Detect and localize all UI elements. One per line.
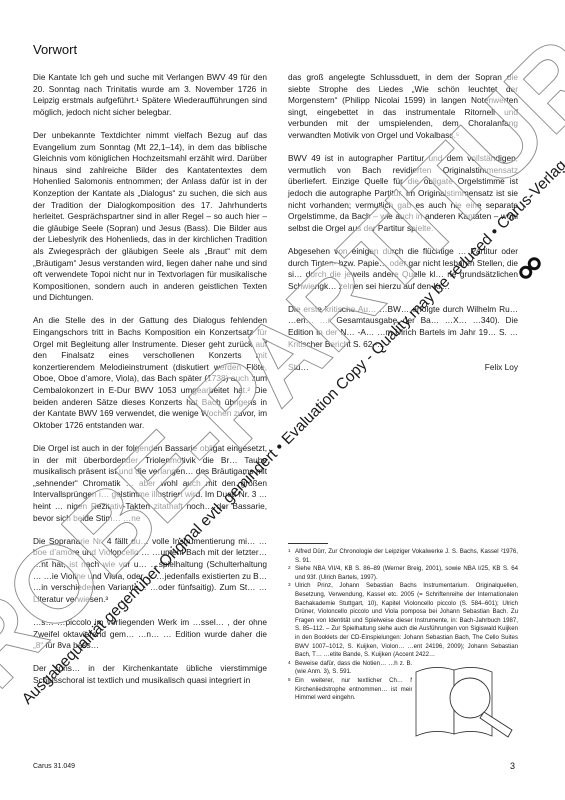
signature-line: Stu… Felix Loy (288, 362, 518, 374)
footnote-number: 1 (288, 548, 295, 565)
paragraph-final-duet: das groß angelegte Schlussduett, in dem … (288, 72, 518, 142)
signature-place: Stu… (288, 362, 309, 374)
paragraph-chorale: Der sons… in der Kirchenkantate übliche … (33, 663, 267, 686)
footnote-number: 2 (288, 565, 295, 582)
footnote-text: Alfred Dürr, Zur Chronologie der Leipzig… (295, 548, 518, 565)
paragraph-organ-concerto: An die Stelle des in der Gattung des Dia… (33, 315, 267, 431)
paragraph-readings: Abgesehen von einigen durch die flüchtig… (288, 246, 518, 292)
paragraph-text-author: Der unbekannte Textdichter nimmt vielfac… (33, 130, 267, 304)
footnote-divider (288, 543, 328, 544)
footnote: 1 Alfred Dürr, Zur Chronologie der Leipz… (288, 548, 518, 565)
paragraph-soprano-aria: Die Sopranarie Nr. 4 fällt du… volle Ins… (33, 536, 267, 606)
book-magnifier-icon[interactable] (412, 660, 522, 740)
paragraph-sources: BWV 49 ist in autographer Partitur und d… (288, 153, 518, 234)
footnote: 3 Ulrich Prinz, Johann Sebastian Bachs I… (288, 582, 518, 659)
footnote-text: Siehe NBA VII/4, KB S. 86–89 (Werner Bre… (295, 565, 518, 582)
signature-name: Felix Loy (485, 362, 518, 374)
page-number: 3 (510, 761, 515, 771)
page-title: Vorwort (33, 42, 77, 57)
footnote: 2 Siehe NBA VII/4, KB S. 86–89 (Werner B… (288, 565, 518, 582)
paragraph-intro: Die Kantate Ich geh und suche mit Verlan… (33, 72, 267, 118)
paragraph-editions: Die erste kritische Au… …BW… erfolgte du… (288, 304, 518, 350)
document-page: Vorwort Die Kantate Ich geh und suche mi… (0, 0, 565, 800)
footnote-number: 3 (288, 582, 295, 659)
paragraph-violoncello-piccolo: …s… …piccolo im vorliegenden Werk im …ss… (33, 617, 267, 652)
right-column: das groß angelegte Schlussduett, in dem … (288, 72, 518, 385)
catalog-number: Carus 31.049 (33, 763, 75, 770)
footnote-number: 5 (288, 677, 295, 703)
paragraph-bass-aria: Die Orgel ist auch in der folgenden Bass… (33, 443, 267, 524)
footnote-number: 4 (288, 660, 295, 677)
carus-logo-icon (519, 257, 542, 280)
footnote-text: Ulrich Prinz, Johann Sebastian Bachs Ins… (295, 582, 518, 659)
left-column: Die Kantate Ich geh und suche mit Verlan… (33, 72, 267, 698)
